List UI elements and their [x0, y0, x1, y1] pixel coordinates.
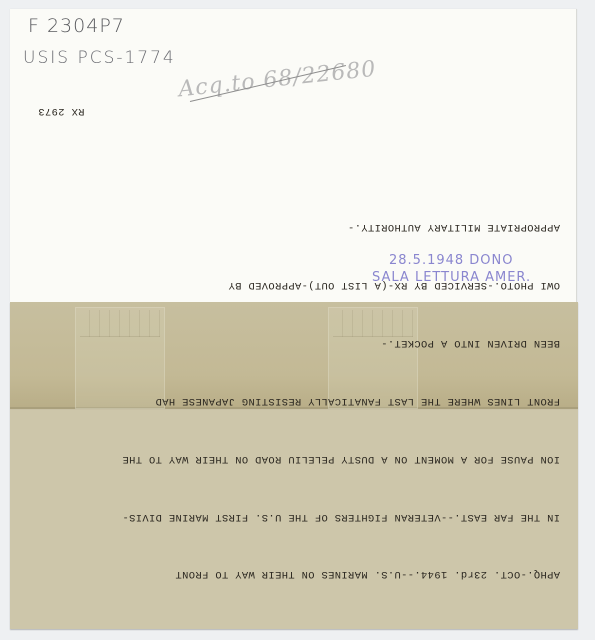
caption-line: OWI PHOTO.-SERVICED BY RX-(A LIST OUT)-A… — [30, 275, 560, 294]
typed-caption-area: APHQ.-OCT. 23rd. 1944.--U.S. MARINES ON … — [10, 410, 578, 629]
caption-strip: APHQ.-OCT. 23rd. 1944.--U.S. MARINES ON … — [10, 302, 578, 629]
typed-caption-upside-down: APHQ.-OCT. 23rd. 1944.--U.S. MARINES ON … — [30, 422, 560, 622]
caption-line: ION PAUSE FOR A MOMENT ON A DUSTY PELELI… — [30, 448, 560, 467]
blank-line — [30, 159, 560, 178]
caption-reference: RX 2973 — [30, 101, 560, 120]
caption-line: APHQ.-OCT. 23rd. 1944.--U.S. MARINES ON … — [30, 564, 560, 583]
caption-line: IN THE FAR EAST.--VETERAN FIGHTERS OF TH… — [30, 506, 560, 525]
caption-line: FRONT LINES WHERE THE LAST FANATICALLY R… — [30, 390, 560, 409]
caption-line: BEEN DRIVEN INTO A POCKET.- — [30, 333, 560, 352]
catalog-number: F 2304P7 — [28, 15, 125, 37]
caption-line: APPROPRIATE MILITARY AUTHORITY.- — [30, 217, 560, 236]
